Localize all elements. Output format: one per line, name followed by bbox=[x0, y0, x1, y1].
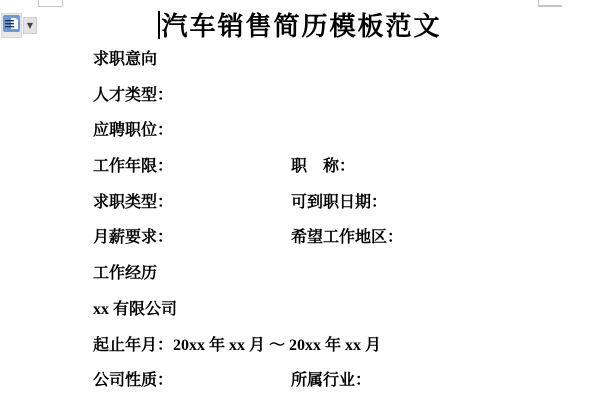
field-label[interactable]: 求职意向 bbox=[93, 50, 287, 70]
field-label[interactable]: 可到职日期： bbox=[291, 193, 387, 213]
document-title-line[interactable]: 汽车销售简历模板范文 bbox=[0, 11, 600, 43]
field-row[interactable]: 求职意向 bbox=[93, 50, 573, 70]
field-label[interactable]: 职 称： bbox=[291, 157, 355, 177]
field-label[interactable]: 起止年月：20xx 年 xx 月 ～ 20xx 年 xx 月 bbox=[93, 336, 381, 356]
cropped-popup-edge-left bbox=[38, 0, 63, 7]
document-title: 汽车销售简历模板范文 bbox=[161, 12, 441, 41]
field-row[interactable]: 起止年月：20xx 年 xx 月 ～ 20xx 年 xx 月 bbox=[93, 336, 573, 356]
field-label[interactable]: 人才类型： bbox=[93, 86, 287, 106]
field-label[interactable]: xx 有限公司 bbox=[93, 300, 287, 320]
field-row[interactable]: xx 有限公司 bbox=[93, 300, 573, 320]
field-row[interactable]: 工作经历 bbox=[93, 264, 573, 284]
field-label[interactable]: 希望工作地区： bbox=[291, 228, 403, 248]
field-row[interactable]: 人才类型： bbox=[93, 86, 573, 106]
document-page: ▼ 汽车销售简历模板范文 求职意向 人才类型： 应聘职位： 工作年限： 职 称：… bbox=[0, 0, 600, 400]
field-row[interactable]: 应聘职位： bbox=[93, 121, 573, 141]
field-label[interactable]: 工作年限： bbox=[93, 157, 287, 177]
field-row[interactable]: 工作年限： 职 称： bbox=[93, 157, 573, 177]
field-label[interactable]: 工作经历 bbox=[93, 264, 287, 284]
cropped-popup-edge-right bbox=[538, 0, 562, 7]
field-row[interactable]: 公司性质： 所属行业： bbox=[93, 371, 573, 391]
field-label[interactable]: 月薪要求： bbox=[93, 228, 287, 248]
field-row[interactable]: 求职类型： 可到职日期： bbox=[93, 193, 573, 213]
field-row[interactable]: 月薪要求： 希望工作地区： bbox=[93, 228, 573, 248]
field-label[interactable]: 应聘职位： bbox=[93, 121, 287, 141]
field-label[interactable]: 所属行业： bbox=[291, 371, 371, 391]
field-label[interactable]: 求职类型： bbox=[93, 193, 287, 213]
field-label[interactable]: 公司性质： bbox=[93, 371, 287, 391]
document-body: 求职意向 人才类型： 应聘职位： 工作年限： 职 称： 求职类型： 可到职日期：… bbox=[93, 50, 573, 400]
